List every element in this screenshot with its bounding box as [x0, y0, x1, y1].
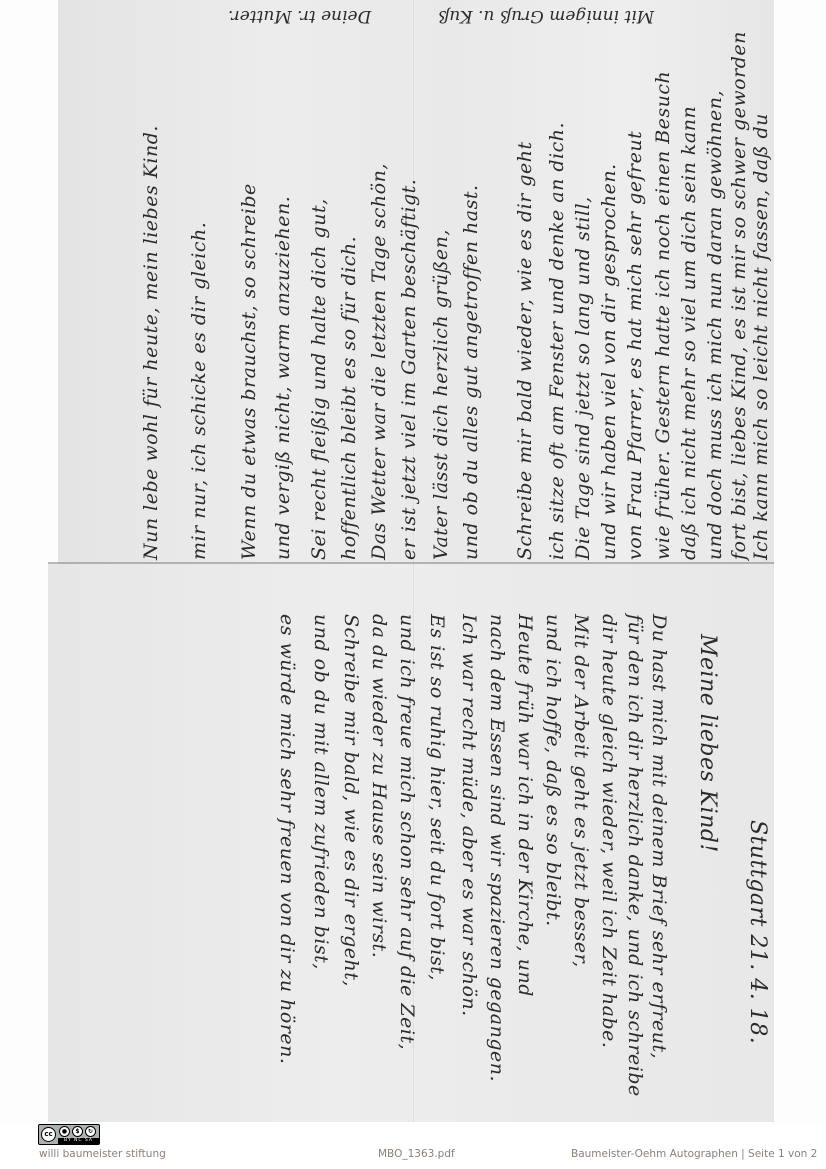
- letter-line: und doch muss ich mich nun daran gewöhne…: [704, 90, 726, 560]
- letter-line: Sei recht fleißig und halte dich gut,: [308, 198, 330, 560]
- closing-line-2: Mit innigem Gruß u. Kuß: [438, 6, 654, 26]
- letter-line: Die Tage sind jetzt so lang und still,: [572, 196, 594, 560]
- letter-line: nach dem Essen sind wir spazieren gegang…: [486, 614, 508, 1082]
- letter-line: wie früher. Gestern hatte ich noch einen…: [652, 71, 674, 560]
- letter-bottom-half: Stuttgart 21. 4. 18. Meine liebes Kind! …: [48, 564, 772, 1122]
- by-attribution-icon: ●: [59, 1126, 70, 1137]
- letter-line: Wenn du etwas brauchst, so schreibe: [238, 183, 260, 560]
- pdf-footer: [0, 1122, 826, 1169]
- letter-line: und ich hoffe, daß es so bleibt.: [542, 614, 564, 927]
- license-strip: BY NC SA: [58, 1138, 99, 1144]
- footer-collection-page: Baumeister-Oehm Autographen | Seite 1 vo…: [571, 1148, 817, 1160]
- letter-line: und wir haben viel von dir gesprochen.: [598, 163, 620, 560]
- letter-line: da du wieder zu Hause sein wirst.: [368, 614, 390, 958]
- letter-top-half: Deine tr. Mutter. Mit innigem Gruß u. Ku…: [58, 0, 774, 562]
- pdf-page: Deine tr. Mutter. Mit innigem Gruß u. Ku…: [0, 0, 826, 1169]
- letter-line: Nun lebe wohl für heute, mein liebes Kin…: [140, 125, 162, 560]
- letter-line: fort bist, liebes Kind, es ist mir so sc…: [728, 31, 750, 560]
- sharealike-icon: ↻: [85, 1126, 96, 1137]
- letter-line: Das Wetter war die letzten Tage schön,: [368, 163, 390, 560]
- letter-date: Stuttgart 21. 4. 18.: [745, 820, 770, 1044]
- letter-line: ich sitze oft am Fenster und denke an di…: [546, 122, 568, 560]
- noncommercial-icon: $: [72, 1126, 83, 1137]
- letter-line: und ob du alles gut angetroffen hast.: [460, 184, 482, 560]
- letter-line: und ob du mit allem zufrieden bist,: [310, 614, 332, 970]
- letter-line: Schreibe mir bald wieder, wie es dir geh…: [514, 141, 536, 560]
- letter-line: Ich kann mich so leicht nicht fassen, da…: [750, 113, 772, 560]
- letter-line: Heute früh war ich in der Kirche, und: [514, 614, 536, 997]
- letter-line: Ich war recht müde, aber es war schön.: [458, 614, 480, 1017]
- letter-line: Es ist so ruhig hier, seit du fort bist,: [426, 614, 448, 981]
- letter-line: hoffentlich bleibt es so für dich.: [338, 236, 360, 560]
- cc-icon: cc: [41, 1127, 56, 1142]
- letter-line: und ich freue mich schon sehr auf die Ze…: [396, 614, 418, 1050]
- letter-line: Mit der Arbeit geht es jetzt besser,: [570, 614, 592, 968]
- footer-filename: MBO_1363.pdf: [378, 1148, 455, 1160]
- letter-salutation: Meine liebes Kind!: [695, 634, 720, 853]
- letter-line: Schreibe mir bald, wie es dir ergeht,: [340, 614, 362, 987]
- letter-line: es würde mich sehr freuen von dir zu hör…: [276, 614, 298, 1064]
- letter-line: Vater lässt dich herzlich grüßen,: [430, 229, 452, 560]
- letter-line: für den ich dir herzlich danke, und ich …: [624, 614, 646, 1097]
- letter-line: daß ich nicht mehr so viel um dich sein …: [678, 106, 700, 560]
- closing-line-1: Deine tr. Mutter.: [228, 6, 371, 26]
- letter-line: Du hast mich mit deinem Brief sehr erfre…: [648, 614, 670, 1059]
- letter-line: dir heute gleich wieder, weil ich Zeit h…: [598, 614, 620, 1048]
- letter-line: mir nur, ich schicke es dir gleich.: [188, 222, 210, 560]
- letter-line: und vergiß nicht, warm anzuziehen.: [272, 196, 294, 560]
- letter-line: von Frau Pfarrer, es hat mich sehr gefre…: [624, 131, 646, 560]
- cc-license-badge[interactable]: cc ● $ ↻ BY NC SA: [38, 1124, 100, 1145]
- footer-organization: willi baumeister stiftung: [39, 1148, 166, 1160]
- letter-line: er ist jetzt viel im Garten beschäftigt.: [398, 179, 420, 560]
